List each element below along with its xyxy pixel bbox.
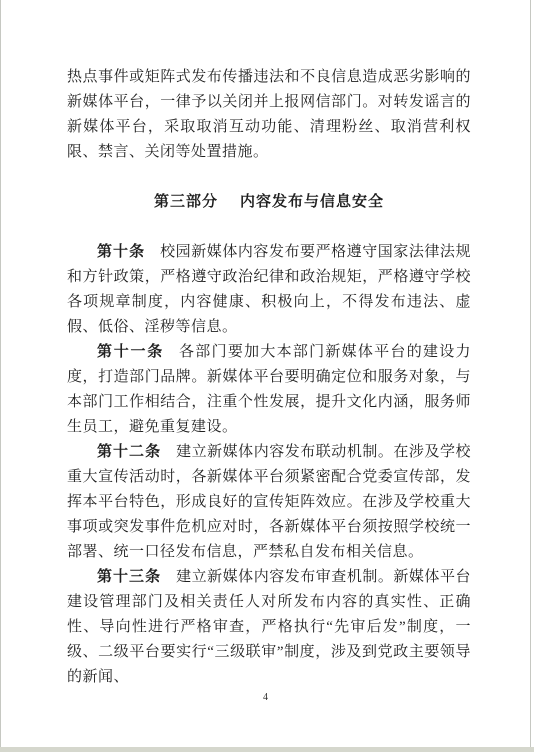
article-paragraph-11: 第十一条各部门要加大本部门新媒体平台的建设力度，打造部门品牌。新媒体平台要明确定… bbox=[67, 340, 471, 440]
section-heading-title: 内容发布与信息安全 bbox=[240, 194, 384, 210]
section-heading: 第三部分内容发布与信息安全 bbox=[67, 190, 471, 215]
document-page: 热点事件或矩阵式发布传播违法和不良信息造成恶劣影响的新媒体平台，一律予以关闭并上… bbox=[0, 0, 531, 747]
article-label: 第十一条 bbox=[97, 344, 164, 360]
article-label: 第十三条 bbox=[97, 569, 161, 585]
section-heading-number: 第三部分 bbox=[154, 194, 218, 210]
body-text: 热点事件或矩阵式发布传播违法和不良信息造成恶劣影响的新媒体平台，一律予以关闭并上… bbox=[67, 65, 471, 690]
document-viewer: 热点事件或矩阵式发布传播违法和不良信息造成恶劣影响的新媒体平台，一律予以关闭并上… bbox=[0, 0, 534, 752]
article-paragraph-13: 第十三条建立新媒体内容发布审查机制。新媒体平台建设管理部门及相关责任人对所发布内… bbox=[67, 565, 471, 690]
article-label: 第十二条 bbox=[97, 444, 161, 460]
continuation-paragraph: 热点事件或矩阵式发布传播违法和不良信息造成恶劣影响的新媒体平台，一律予以关闭并上… bbox=[67, 65, 471, 165]
article-text: 建立新媒体内容发布审查机制。新媒体平台建设管理部门及相关责任人对所发布内容的真实… bbox=[67, 569, 471, 685]
article-text: 建立新媒体内容发布联动机制。在涉及学校重大宣传活动时，各新媒体平台须紧密配合党委… bbox=[67, 444, 471, 560]
page-bottom-edge bbox=[0, 747, 534, 752]
article-paragraph-12: 第十二条建立新媒体内容发布联动机制。在涉及学校重大宣传活动时，各新媒体平台须紧密… bbox=[67, 440, 471, 565]
article-label: 第十条 bbox=[97, 244, 145, 260]
page-number: 4 bbox=[1, 691, 530, 705]
article-paragraph-10: 第十条校园新媒体内容发布要严格遵守国家法律法规和方针政策，严格遵守政治纪律和政治… bbox=[67, 240, 471, 340]
